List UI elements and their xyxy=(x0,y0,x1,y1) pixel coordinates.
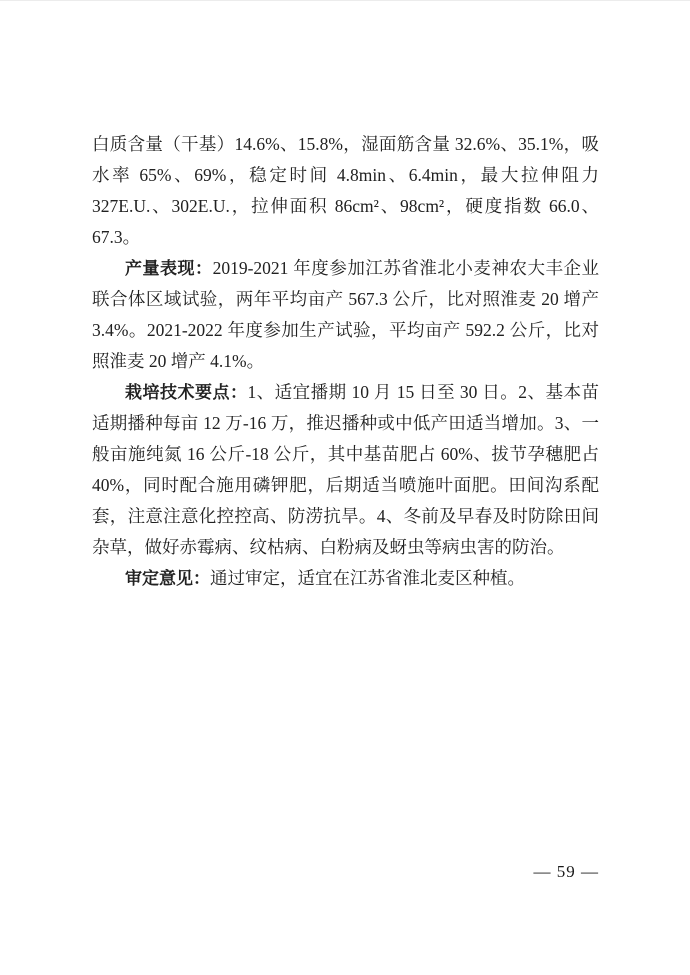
paragraph-heading: 栽培技术要点： xyxy=(125,383,247,402)
paragraph-text: 白质含量（干基）14.6%、15.8%，湿面筋含量 32.6%、35.1%，吸水… xyxy=(92,134,599,247)
paragraph-yield-performance: 产量表现：2019-2021 年度参加江苏省淮北小麦神农大丰企业联合体区域试验，… xyxy=(92,253,599,377)
paragraph-heading: 审定意见： xyxy=(125,569,210,588)
document-body: 白质含量（干基）14.6%、15.8%，湿面筋含量 32.6%、35.1%，吸水… xyxy=(92,129,599,594)
paragraph-approval-opinion: 审定意见：通过审定，适宜在江苏省淮北麦区种植。 xyxy=(92,563,599,594)
paragraph-text: 1、适宜播期 10 月 15 日至 30 日。2、基本苗适期播种每亩 12 万-… xyxy=(92,382,599,557)
page-footer: — 59 — xyxy=(92,860,599,884)
document-page: 白质含量（干基）14.6%、15.8%，湿面筋含量 32.6%、35.1%，吸水… xyxy=(0,0,690,975)
page-number: — 59 — xyxy=(534,862,600,881)
paragraph-cultivation-technique-points: 栽培技术要点：1、适宜播期 10 月 15 日至 30 日。2、基本苗适期播种每… xyxy=(92,377,599,563)
paragraph-text: 通过审定，适宜在江苏省淮北麦区种植。 xyxy=(210,568,525,588)
paragraph-heading: 产量表现： xyxy=(125,259,213,278)
paragraph-quality-indicators-continuation: 白质含量（干基）14.6%、15.8%，湿面筋含量 32.6%、35.1%，吸水… xyxy=(92,129,599,253)
